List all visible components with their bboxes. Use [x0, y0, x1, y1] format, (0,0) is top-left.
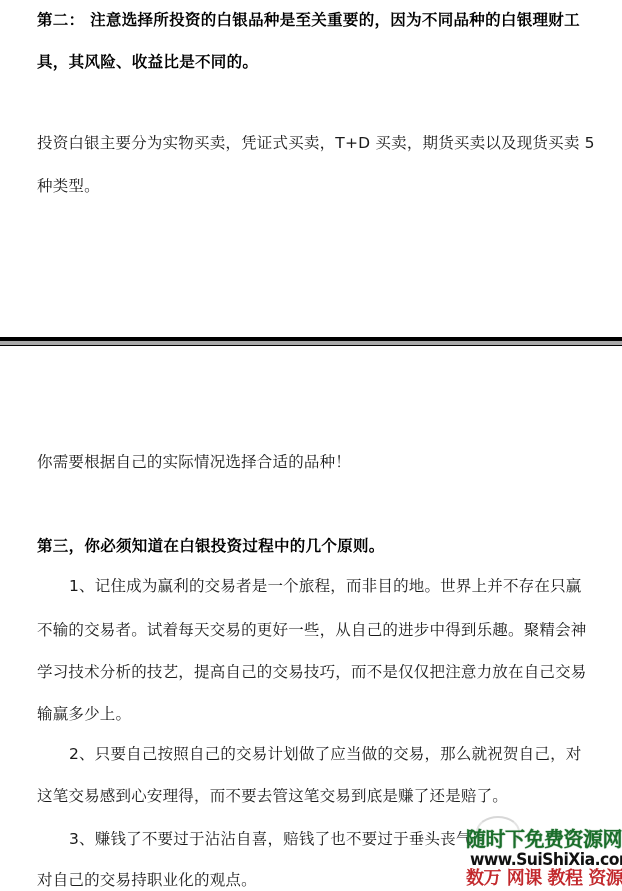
principle-1-line4: 输赢多少上。	[37, 704, 131, 724]
principle-1-line2: 不输的交易者。试着每天交易的更好一些，从自己的进步中得到乐趣。聚精会神	[37, 620, 587, 640]
section2-heading-line1: 第二： 注意选择所投资的白银品种是至关重要的，因为不同品种的白银理财工	[37, 10, 580, 30]
section2-paragraph-line2: 种类型。	[37, 176, 100, 196]
watermark-site-name: 随时下免费资源网	[466, 829, 622, 849]
section3-heading: 第三，你必须知道在白银投资过程中的几个原则。	[37, 536, 385, 556]
principle-2-line2: 这笔交易感到心安理得，而不要去管这笔交易到底是赚了还是赔了。	[37, 786, 508, 806]
separator-thin-line	[0, 345, 622, 346]
section2-paragraph-line1: 投资白银主要分为实物买卖，凭证式买卖，T+D 买卖，期货买卖以及现货买卖 5	[37, 133, 595, 153]
watermark-tagline: 数万 网课 教程 资源	[466, 869, 622, 888]
principle-1-line1: 1、记住成为赢利的交易者是一个旅程，而非目的地。世界上并不存在只赢	[69, 576, 581, 596]
advice-text: 你需要根据自己的实际情况选择合适的品种！	[37, 452, 351, 472]
principle-2-line1: 2、只要自己按照自己的交易计划做了应当做的交易，那么就祝贺自己，对	[69, 744, 581, 764]
principle-3-line2: 对自己的交易持职业化的观点。	[37, 870, 257, 890]
watermark-url: www.SuiShiXia.com	[470, 851, 622, 869]
section2-heading-line2: 具，其风险、收益比是不同的。	[37, 52, 258, 72]
principle-3-line1: 3、赚钱了不要过于沾沾自喜，赔钱了也不要过于垂头丧气	[69, 829, 472, 849]
principle-1-line3: 学习技术分析的技艺，提高自己的交易技巧，而不是仅仅把注意力放在自己交易	[37, 662, 587, 682]
